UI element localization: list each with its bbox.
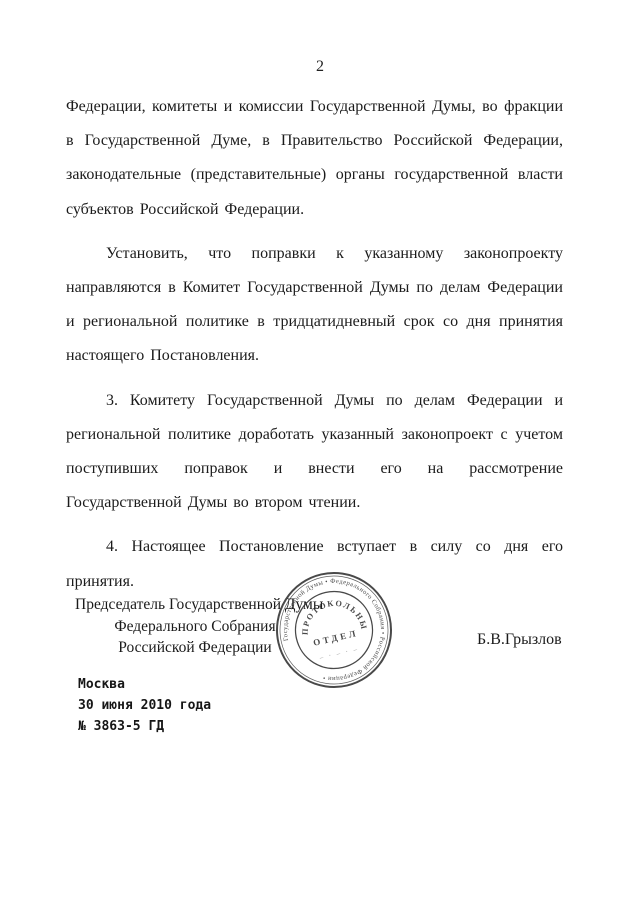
body-paragraph-1: Федерации, комитеты и комиссии Государст…: [66, 90, 563, 227]
signature-name: Б.В.Грызлов: [477, 631, 562, 649]
document-page: 2 Федерации, комитеты и комиссии Государ…: [0, 0, 640, 905]
stamp-dashes: – · – · –: [318, 645, 360, 662]
footer-city: Москва: [78, 674, 211, 695]
body-paragraph-3: 3. Комитету Государственной Думы по дела…: [66, 384, 563, 521]
page-number: 2: [0, 58, 640, 76]
stamp-department-text: ОТДЕЛ: [312, 628, 359, 648]
stamp-ring-text: Государственной Думы • Федерального Собр…: [272, 568, 397, 693]
document-body: Федерации, комитеты и комиссии Государст…: [66, 90, 563, 599]
footer-number: № 3863-5 ГД: [78, 716, 211, 737]
document-footer: Москва 30 июня 2010 года № 3863-5 ГД: [78, 674, 211, 737]
body-paragraph-2: Установить, что поправки к указанному за…: [66, 237, 563, 374]
footer-date: 30 июня 2010 года: [78, 695, 211, 716]
